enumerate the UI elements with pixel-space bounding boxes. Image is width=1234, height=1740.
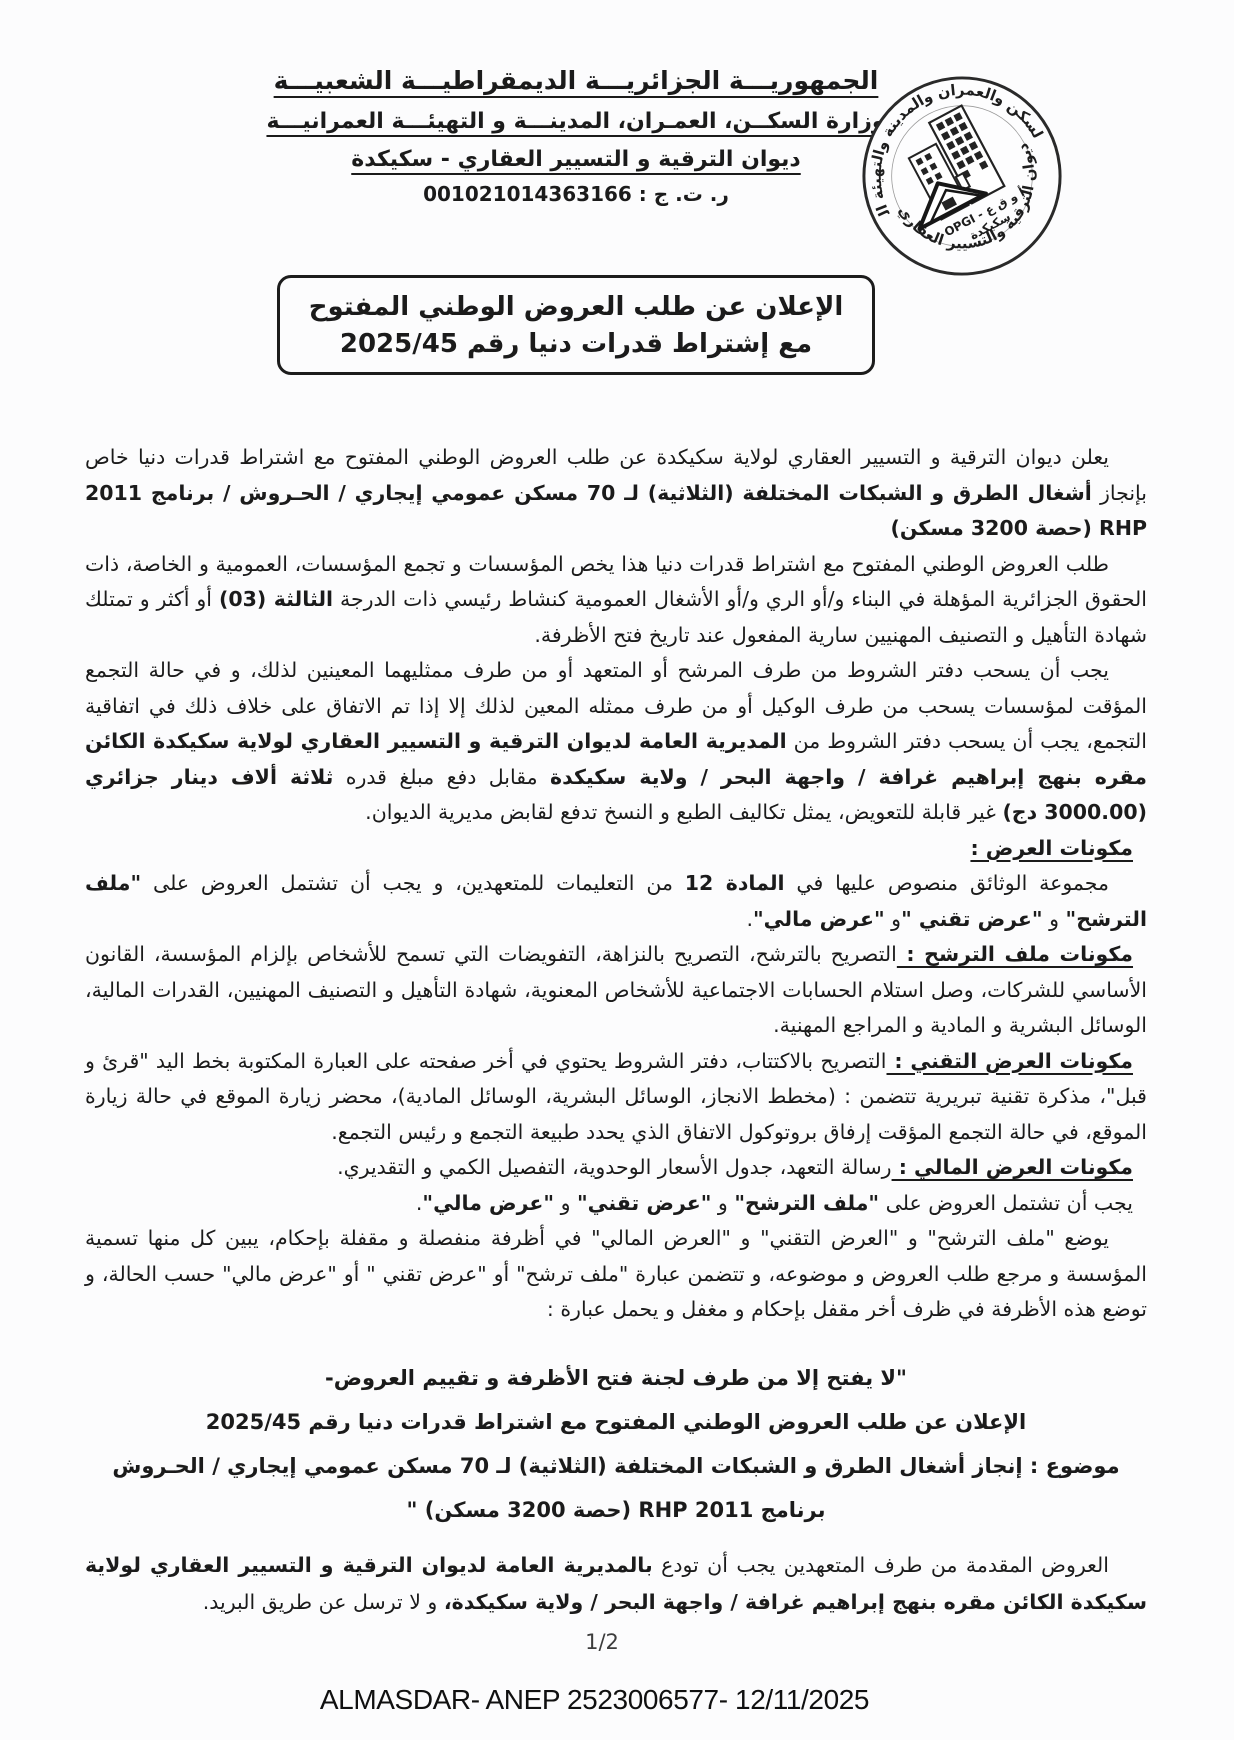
registration-number: ر. ت. ج : 001021014363166 xyxy=(248,182,904,206)
announcement-title-box: الإعلان عن طلب العروض الوطني المفتوح مع … xyxy=(277,275,875,375)
ministry-title: وزارة السكــن، العمـران، المدينـــة و ال… xyxy=(248,109,904,134)
anep-reference: ALMASDAR- ANEP 2523006577- 12/11/2025 xyxy=(0,1684,1189,1716)
body-paragraph-offers-must-include: يجب أن تشتمل العروض على "ملف الترشح" و "… xyxy=(85,1186,1147,1222)
document-body: يعلن ديوان الترقية و التسيير العقاري لول… xyxy=(85,440,1147,1328)
body-paragraph-documents: مجموعة الوثائق منصوص عليها في المادة 12 … xyxy=(85,866,1147,937)
notice-line-subject: موضوع : إنجاز أشغال الطرق و الشبكات المخ… xyxy=(85,1444,1147,1488)
body-paragraph-eligibility: طلب العروض الوطني المفتوح مع اشتراط قدرا… xyxy=(85,547,1147,654)
body-paragraph-withdrawal: يجب أن يسحب دفتر الشروط من طرف المرشح أو… xyxy=(85,653,1147,831)
document-header: الجمهوريـــة الجزائريـــة الديمقراطيـــة… xyxy=(248,66,904,206)
page-number: 1/2 xyxy=(0,1630,1204,1654)
body-paragraph-financial-offer: مكونات العرض المالي : رسالة التعهد، جدول… xyxy=(85,1150,1147,1186)
republic-title: الجمهوريـــة الجزائريـــة الديمقراطيـــة… xyxy=(248,66,904,95)
heading-offer-components: مكونات العرض : xyxy=(85,831,1147,867)
notice-line-open-only: "لا يفتح إلا من طرف لجنة فتح الأظرفة و ت… xyxy=(85,1356,1147,1400)
closing-block: العروض المقدمة من طرف المتعهدين يجب أن ت… xyxy=(85,1547,1147,1621)
closing-paragraph-submission: العروض المقدمة من طرف المتعهدين يجب أن ت… xyxy=(85,1547,1147,1621)
stamp-seal-icon: وزارة السكن والعمران والمدينة والتهيئة ا… xyxy=(858,72,1066,280)
body-paragraph-announcement: يعلن ديوان الترقية و التسيير العقاري لول… xyxy=(85,440,1147,547)
office-title: ديوان الترقية و التسيير العقاري - سكيكدة xyxy=(248,147,904,172)
body-paragraph-candidacy-file: مكونات ملف الترشح : التصريح بالترشح، الت… xyxy=(85,937,1147,1044)
body-paragraph-envelopes: يوضع "ملف الترشح" و "العرض التقني" و "ال… xyxy=(85,1221,1147,1328)
notice-line-program: برنامج 2011 RHP (حصة 3200 مسكن) " xyxy=(85,1488,1147,1532)
announcement-title-line2: مع إشتراط قدرات دنيا رقم 2025/45 xyxy=(340,329,812,359)
notice-line-tender-ref: الإعلان عن طلب العروض الوطني المفتوح مع … xyxy=(85,1400,1147,1444)
body-paragraph-technical-offer: مكونات العرض التقني : التصريح بالاكتتاب،… xyxy=(85,1044,1147,1151)
envelope-notice-block: "لا يفتح إلا من طرف لجنة فتح الأظرفة و ت… xyxy=(85,1356,1147,1532)
announcement-title-line1: الإعلان عن طلب العروض الوطني المفتوح xyxy=(309,292,844,322)
opgi-stamp-logo: وزارة السكن والعمران والمدينة والتهيئة ا… xyxy=(858,72,1066,280)
scanned-tender-document: الجمهوريـــة الجزائريـــة الديمقراطيـــة… xyxy=(0,0,1234,1740)
